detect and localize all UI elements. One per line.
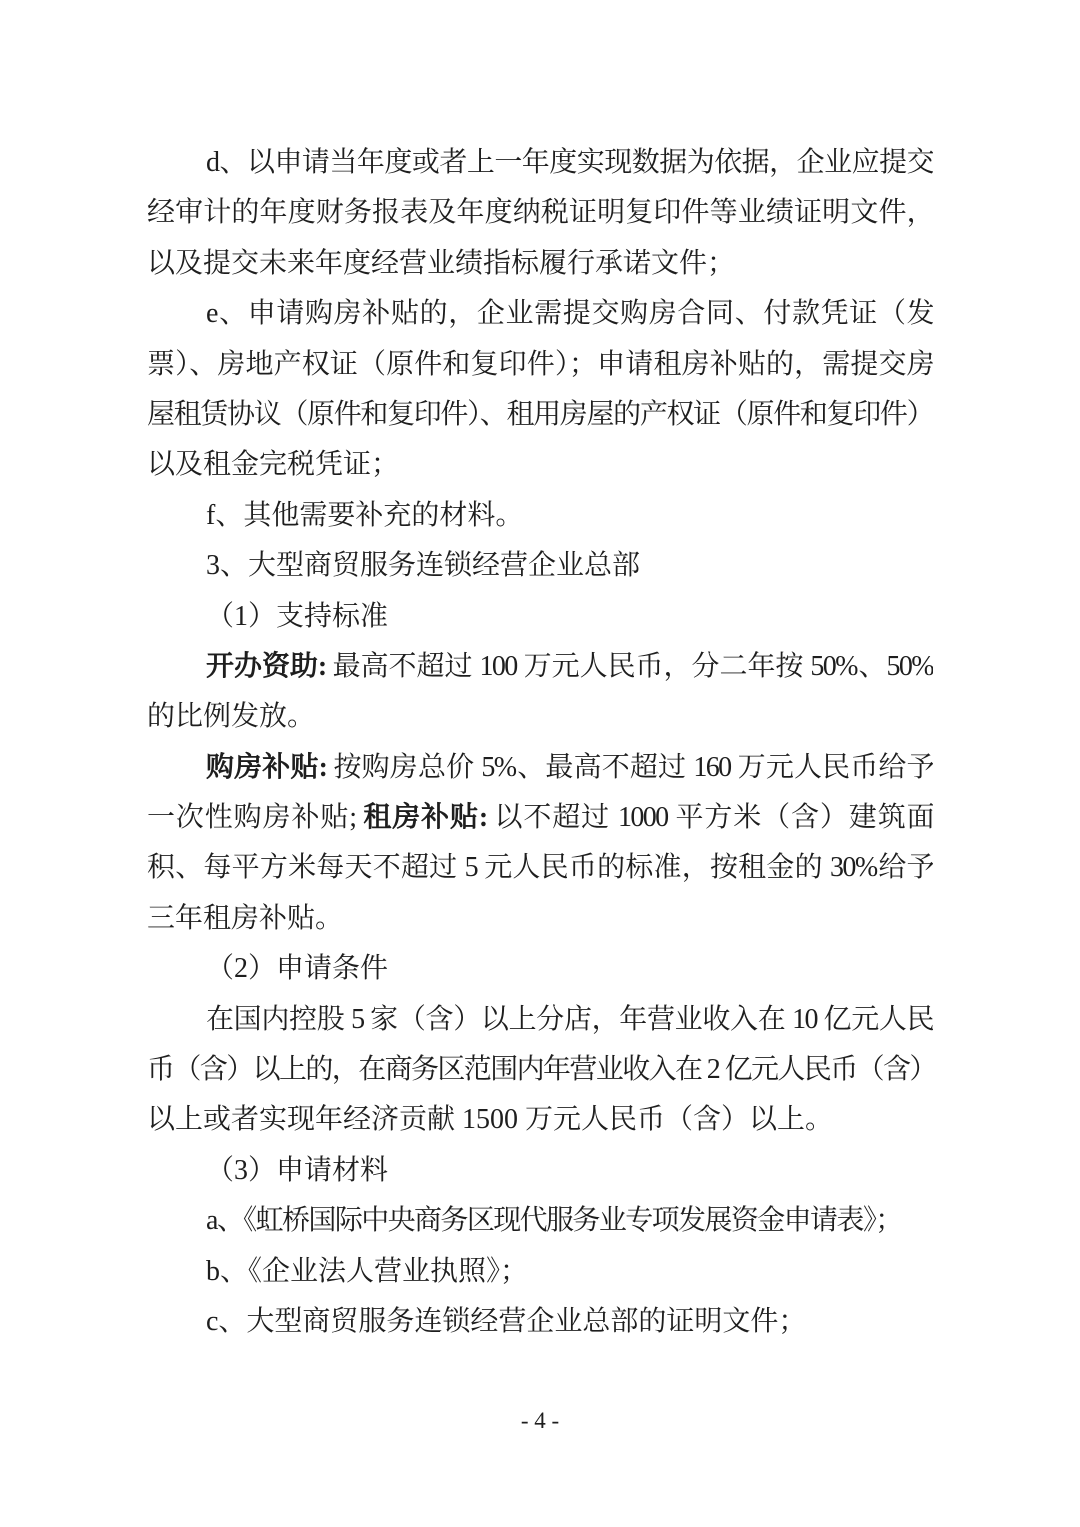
document-line: 以及提交未来年度经营业绩指标履行承诺文件； [147, 239, 933, 289]
document-line: a、《虹桥国际中央商务区现代服务业专项发展资金申请表》； [147, 1196, 933, 1246]
document-line: 积、每平方米每天不超过 5 元人民币的标准，按租金的 30%给予 [147, 843, 933, 893]
document-line-text: 最高不超过 100 万元人民币，分二年按 50%、50% [333, 651, 933, 682]
document-line: e、申请购房补贴的，企业需提交购房合同、付款凭证（发 [147, 289, 933, 339]
document-line: 币（含）以上的，在商务区范围内年营业收入在 2 亿元人民币（含） [147, 1045, 933, 1095]
document-line: f、其他需要补充的材料。 [147, 491, 933, 541]
document-subsection-heading: （2）申请条件 [147, 944, 933, 994]
emphasis-label: 开办资助: [206, 651, 333, 682]
document-line: 经审计的年度财务报表及年度纳税证明复印件等业绩证明文件， [147, 188, 933, 238]
document-line: 的比例发放。 [147, 692, 933, 742]
page-number: - 4 - [0, 1408, 1080, 1434]
document-line: 三年租房补贴。 [147, 894, 933, 944]
document-line: 屋租赁协议（原件和复印件）、租用房屋的产权证（原件和复印件） [147, 390, 933, 440]
document-body: d、以申请当年度或者上一年度实现数据为依据，企业应提交 经审计的年度财务报表及年… [147, 138, 933, 1347]
document-line-text: 按购房总价 5%、最高不超过 160 万元人民币给予 [333, 752, 933, 783]
document-line: b、《企业法人营业执照》； [147, 1247, 933, 1297]
document-subsection-heading: （3）申请材料 [147, 1146, 933, 1196]
document-line-text: 一次性购房补贴; [147, 802, 363, 833]
document-line: 以及租金完税凭证； [147, 440, 933, 490]
emphasis-label: 购房补贴: [206, 752, 333, 783]
document-line-text: 以不超过 1000 平方米（含）建筑面 [495, 802, 933, 833]
document-line: d、以申请当年度或者上一年度实现数据为依据，企业应提交 [147, 138, 933, 188]
document-section-heading: 3、大型商贸服务连锁经营企业总部 [147, 541, 933, 591]
document-subsection-heading: （1）支持标准 [147, 592, 933, 642]
document-line: 在国内控股 5 家（含）以上分店，年营业收入在 10 亿元人民 [147, 995, 933, 1045]
document-line: 票）、房地产权证（原件和复印件）；申请租房补贴的，需提交房 [147, 340, 933, 390]
document-line: 购房补贴: 按购房总价 5%、最高不超过 160 万元人民币给予 [147, 743, 933, 793]
document-line: 以上或者实现年经济贡献 1500 万元人民币（含）以上。 [147, 1095, 933, 1145]
document-line: 开办资助: 最高不超过 100 万元人民币，分二年按 50%、50% [147, 642, 933, 692]
document-line: 一次性购房补贴; 租房补贴: 以不超过 1000 平方米（含）建筑面 [147, 793, 933, 843]
document-page: d、以申请当年度或者上一年度实现数据为依据，企业应提交 经审计的年度财务报表及年… [0, 0, 1080, 1527]
emphasis-label: 租房补贴: [363, 802, 494, 833]
document-line: c、大型商贸服务连锁经营企业总部的证明文件； [147, 1297, 933, 1347]
